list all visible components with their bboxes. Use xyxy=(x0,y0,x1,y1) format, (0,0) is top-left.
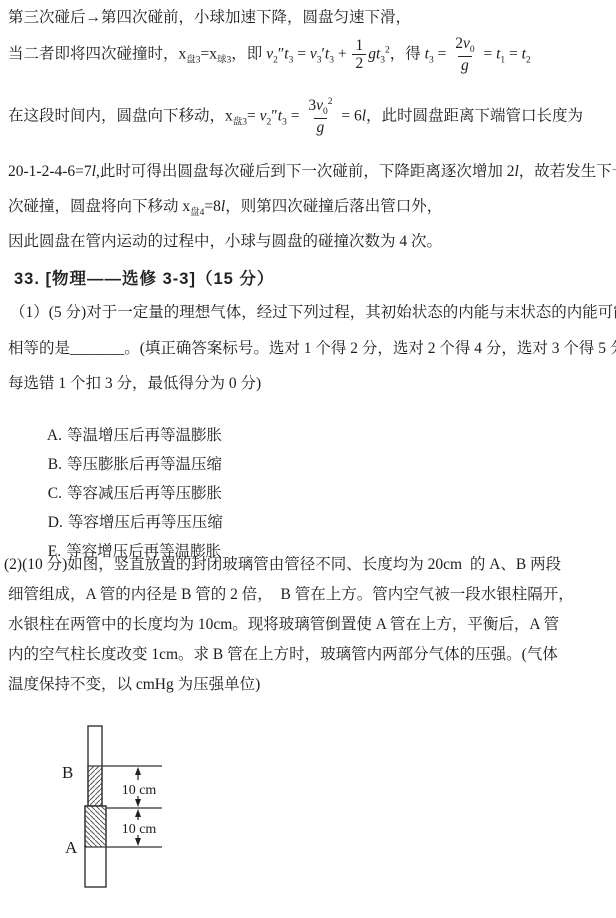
part1-line-3: 每选错 1 个扣 3 分，最低得分为 0 分) xyxy=(8,374,261,393)
arrow-up-icon xyxy=(135,809,141,817)
arrow-down-icon xyxy=(135,838,141,846)
solution-line-4: 20-1-2-4-6=7l,此时可得出圆盘每次碰后到下一次碰前，下降距离逐次增加… xyxy=(8,162,616,181)
mercury-column-b xyxy=(88,766,102,806)
dim-lower-label: 10 cm xyxy=(122,822,157,837)
part2-line-1: (2)(10 分)如图，竖直放置的封闭玻璃管由管径不同、长度均为 20cm 的 … xyxy=(4,555,561,574)
tube-figure: 10 cm 10 cm B A xyxy=(50,715,180,900)
question-33-heading: 33. [物理——选修 3-3]（15 分） xyxy=(14,269,274,290)
arrow-up-icon xyxy=(135,767,141,775)
mercury-column-a xyxy=(85,806,106,847)
part2-line-3: 水银柱在两管中的长度均为 10cm。现将玻璃管倒置使 A 管在上方，平衡后，A … xyxy=(8,615,559,634)
solution-line-5: 次碰撞，圆盘将向下移动 x盘4=8l，则第四次碰撞后落出管口外， xyxy=(8,197,442,220)
part2-line-4: 内的空气柱长度改变 1cm。求 B 管在上方时，玻璃管内两部分气体的压强。(气体 xyxy=(8,645,558,664)
solution-line-1: 第三次碰后→第四次碰前，小球加速下降，圆盘匀速下滑， xyxy=(8,8,411,27)
part1-line-1: （1）(5 分)对于一定量的理想气体，经过下列过程，其初始状态的内能与末状态的内… xyxy=(10,303,616,322)
part2-line-5: 温度保持不变，以 cmHg 为压强单位) xyxy=(8,675,260,694)
dim-upper-label: 10 cm xyxy=(122,783,157,798)
solution-line-3-formula: 在这段时间内，圆盘向下移动，x盘3= v2″t3 = 3v02g = 6l，此时… xyxy=(8,97,583,137)
part1-line-2: 相等的是_______。(填正确答案标号。选对 1 个得 2 分，选对 2 个得… xyxy=(8,339,616,358)
tube-b-label: B xyxy=(62,763,73,782)
arrow-down-icon xyxy=(135,799,141,807)
solution-line-6: 因此圆盘在管内运动的过程中，小球与圆盘的碰撞次数为 4 次。 xyxy=(8,232,442,251)
tube-a-label: A xyxy=(65,838,78,857)
solution-line-2-formula: 当二者即将四次碰撞时，x盘3=x球3，即 v2″t3 = v3′t3 + 12g… xyxy=(8,35,531,75)
part2-line-2: 细管组成，A 管的内径是 B 管的 2 倍， B 管在上方。管内空气被一段水银柱… xyxy=(8,585,574,604)
